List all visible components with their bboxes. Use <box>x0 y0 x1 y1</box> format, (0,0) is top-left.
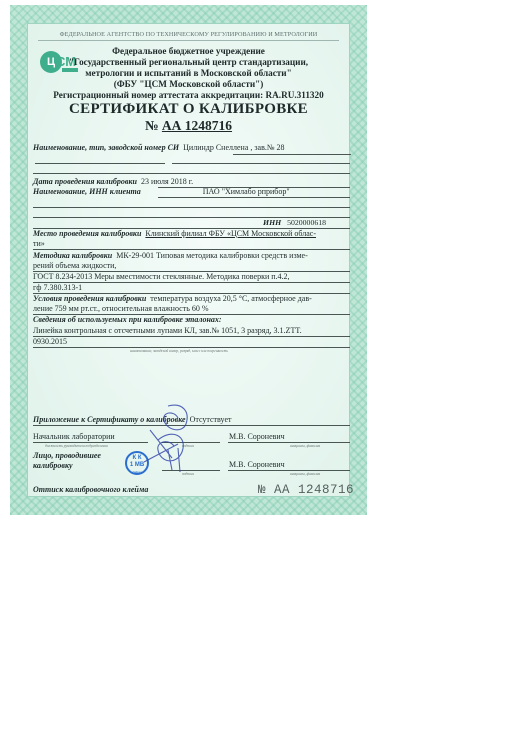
method-value: МК-29-001 Типовая методика калибровки ср… <box>116 251 308 260</box>
org-line-2: "Государственный региональный центр стан… <box>28 57 349 68</box>
place-label: Место проведения калибровки <box>33 229 141 238</box>
underline <box>33 173 350 174</box>
underline <box>233 154 351 155</box>
instrument-label: Наименование, тип, заводской номер СИ <box>33 143 179 152</box>
inn-row: ИНН 5020000618 <box>263 218 521 228</box>
date-row: Дата проведения калибровки 23 июля 2018 … <box>33 177 521 187</box>
head-name: М.В. Сороневич <box>229 432 521 442</box>
place-value: Клинский филиал ФБУ «ЦСМ Московской обла… <box>145 229 316 238</box>
underline <box>172 163 350 164</box>
method-row: Методика калибровки МК-29-001 Типовая ме… <box>33 251 521 261</box>
number-sign: № <box>145 118 159 133</box>
method-label: Методика калибровки <box>33 251 112 260</box>
place-row: Место проведения калибровки Клинский фил… <box>33 229 521 239</box>
performer-name: М.В. Сороневич <box>229 460 521 470</box>
performer-label-text-1: Лицо, проводившее <box>33 451 101 460</box>
inn-label: ИНН <box>263 218 281 227</box>
underline <box>228 442 350 443</box>
appendix-row: Приложение к Сертификату о калибровке От… <box>33 415 521 425</box>
underline <box>33 442 148 443</box>
org-line-1: Федеральное бюджетное учреждение <box>28 46 349 57</box>
conditions-label: Условия проведения калибровки <box>33 294 146 303</box>
underline <box>33 347 350 348</box>
date-label: Дата проведения калибровки <box>33 177 137 186</box>
method-row-2: рений объема жидкости, <box>33 261 521 271</box>
underline <box>60 163 165 164</box>
method-row-3: ГОСТ 8.234-2013 Меры вместимости стеклян… <box>33 272 521 282</box>
signature-icon <box>138 400 200 480</box>
method-row-4: гф 7.380.313-1 <box>33 283 521 293</box>
org-line-3: метрологии и испытаний в Московской обла… <box>28 68 349 79</box>
bottom-certificate-number: № АА 1248716 <box>258 483 354 497</box>
performer-name-hint: инициалы, фамилия <box>290 472 320 476</box>
underline <box>33 207 350 208</box>
certificate-title: СЕРТИФИКАТ О КАЛИБРОВКЕ <box>28 101 349 118</box>
head-name-hint: инициалы, фамилия <box>290 444 320 448</box>
agency-header: ФЕДЕРАЛЬНОЕ АГЕНТСТВО ПО ТЕХНИЧЕСКОМУ РЕ… <box>28 31 349 38</box>
standards-row-2: 0930.2015 <box>33 337 521 347</box>
underline <box>33 249 350 250</box>
underline <box>158 197 350 198</box>
divider <box>38 40 339 41</box>
instrument-row: Наименование, тип, заводской номер СИ Ци… <box>33 143 521 153</box>
underline <box>228 470 350 471</box>
client-row: Наименование, ИНН клиента ПАО "Химлабо р… <box>33 187 521 197</box>
performer-label-text-2: калибровку <box>33 461 73 470</box>
place-row-2: ти» <box>33 239 521 249</box>
conditions-row: Условия проведения калибровки температур… <box>33 294 521 304</box>
instrument-value: Цилиндр Снеллена , зав.№ 28 <box>183 143 284 152</box>
number-value: АА 1248716 <box>162 118 232 133</box>
head-role-hint: должность руководителя подразделения <box>45 444 108 448</box>
certificate-number: № АА 1248716 <box>28 118 349 134</box>
client-label: Наименование, ИНН клиента <box>33 187 141 196</box>
stamp-label: Оттиск калибровочного клейма <box>33 485 148 494</box>
date-value: 23 июля 2018 г. <box>141 177 193 186</box>
conditions-value: температура воздуха 20,5 °С, атмосферное… <box>150 294 312 303</box>
accreditation-line: Регистрационный номер аттестата аккредит… <box>28 90 349 101</box>
conditions-row-2: ление 759 мм рт.ст., относительная влажн… <box>33 304 521 314</box>
client-value: ПАО "Химлабо рприбор" <box>203 187 290 196</box>
standards-row: Линейка контрольная с отсчетными лупами … <box>33 326 521 336</box>
org-line-4: (ФБУ "ЦСМ Московской области") <box>28 79 349 90</box>
standards-label: Сведения об используемых при калибровке … <box>33 315 222 324</box>
inn-value: 5020000618 <box>287 218 326 227</box>
standards-hint: наименование, заводской номер, разряд, к… <box>130 349 228 353</box>
standards-label-row: Сведения об используемых при калибровке … <box>33 315 521 325</box>
